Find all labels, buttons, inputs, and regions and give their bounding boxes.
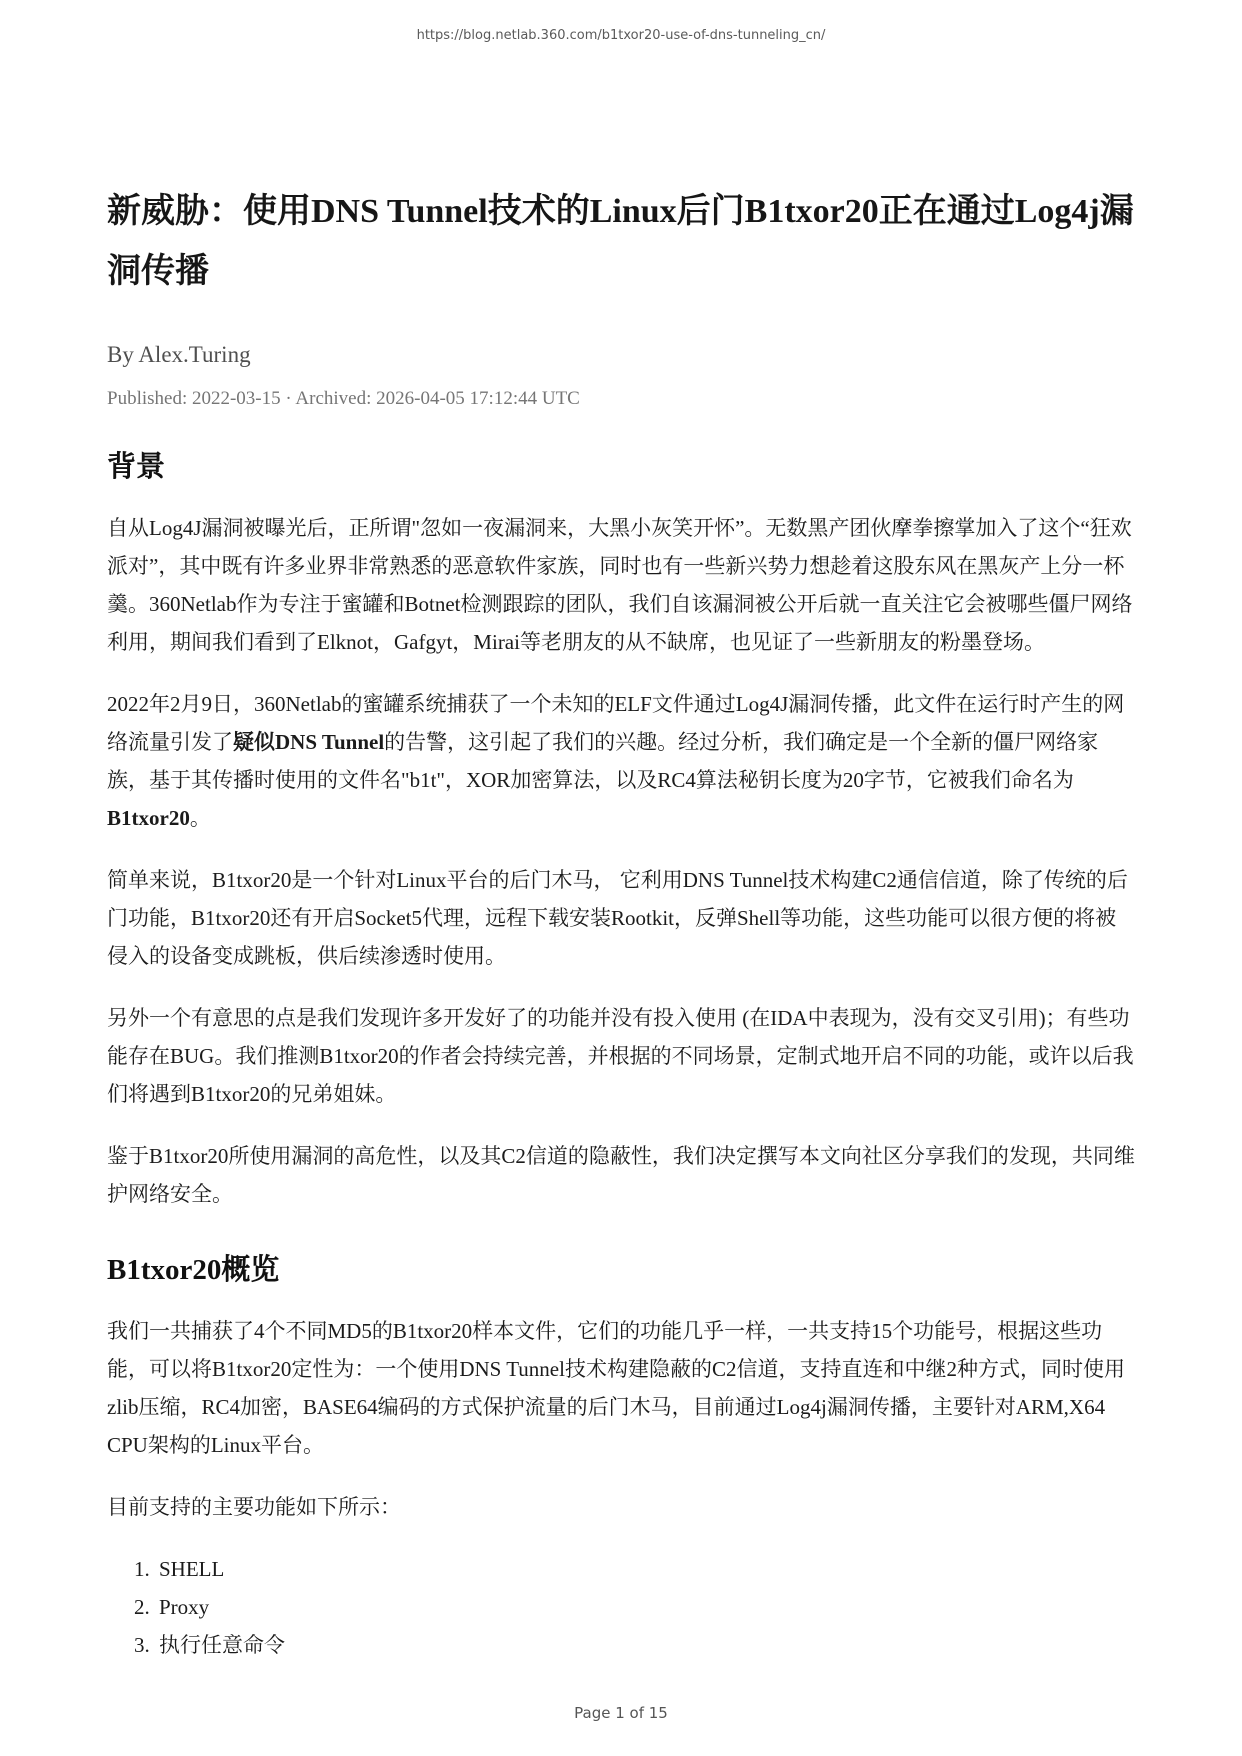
page-url-header: https://blog.netlab.360.com/b1txor20-use… [0,28,1242,43]
text-run: 鉴于B1txor20所使用漏洞的高危性，以及其C2信道的隐蔽性，我们决定撰写本文… [107,1144,1135,1206]
bold-text-run: B1txor20 [107,806,190,830]
text-run: 自从Log4J漏洞被曝光后，正所谓"忽如一夜漏洞来，大黑小灰笑开怀”。无数黑产团… [107,516,1132,654]
list-item: 执行任意命令 [155,1626,1135,1664]
publish-archive-meta: Published: 2022-03-15 · Archived: 2026-0… [107,388,1135,410]
paragraph: 2022年2月9日，360Netlab的蜜罐系统捕获了一个未知的ELF文件通过L… [107,685,1135,837]
paragraph: 我们一共捕获了4个不同MD5的B1txor20样本文件，它们的功能几乎一样，一共… [107,1312,1135,1464]
feature-list: SHELLProxy执行任意命令 [107,1550,1135,1664]
text-run: 。 [190,806,211,830]
article-body: 背景自从Log4J漏洞被曝光后，正所谓"忽如一夜漏洞来，大黑小灰笑开怀”。无数黑… [107,444,1135,1664]
article-content: 新威胁：使用DNS Tunnel技术的Linux后门B1txor20正在通过Lo… [107,182,1135,1664]
text-run: 我们一共捕获了4个不同MD5的B1txor20样本文件，它们的功能几乎一样，一共… [107,1319,1125,1457]
byline: By Alex.Turing [107,342,1135,368]
paragraph: 目前支持的主要功能如下所示： [107,1488,1135,1526]
text-run: 目前支持的主要功能如下所示： [107,1495,401,1519]
bold-text-run: 疑似DNS Tunnel [233,730,384,754]
page-title: 新威胁：使用DNS Tunnel技术的Linux后门B1txor20正在通过Lo… [107,182,1135,302]
paragraph: 另外一个有意思的点是我们发现许多开发好了的功能并没有投入使用 (在IDA中表现为… [107,999,1135,1113]
page-footer: Page 1 of 15 [0,1704,1242,1722]
paragraph: 鉴于B1txor20所使用漏洞的高危性，以及其C2信道的隐蔽性，我们决定撰写本文… [107,1137,1135,1213]
text-run: 简单来说，B1txor20是一个针对Linux平台的后门木马， 它利用DNS T… [107,868,1128,968]
paragraph: 自从Log4J漏洞被曝光后，正所谓"忽如一夜漏洞来，大黑小灰笑开怀”。无数黑产团… [107,509,1135,661]
section-heading: 背景 [107,444,1135,485]
text-run: 另外一个有意思的点是我们发现许多开发好了的功能并没有投入使用 (在IDA中表现为… [107,1006,1134,1106]
list-item: Proxy [155,1588,1135,1626]
list-item: SHELL [155,1550,1135,1588]
paragraph: 简单来说，B1txor20是一个针对Linux平台的后门木马， 它利用DNS T… [107,861,1135,975]
section-heading: B1txor20概览 [107,1247,1135,1288]
